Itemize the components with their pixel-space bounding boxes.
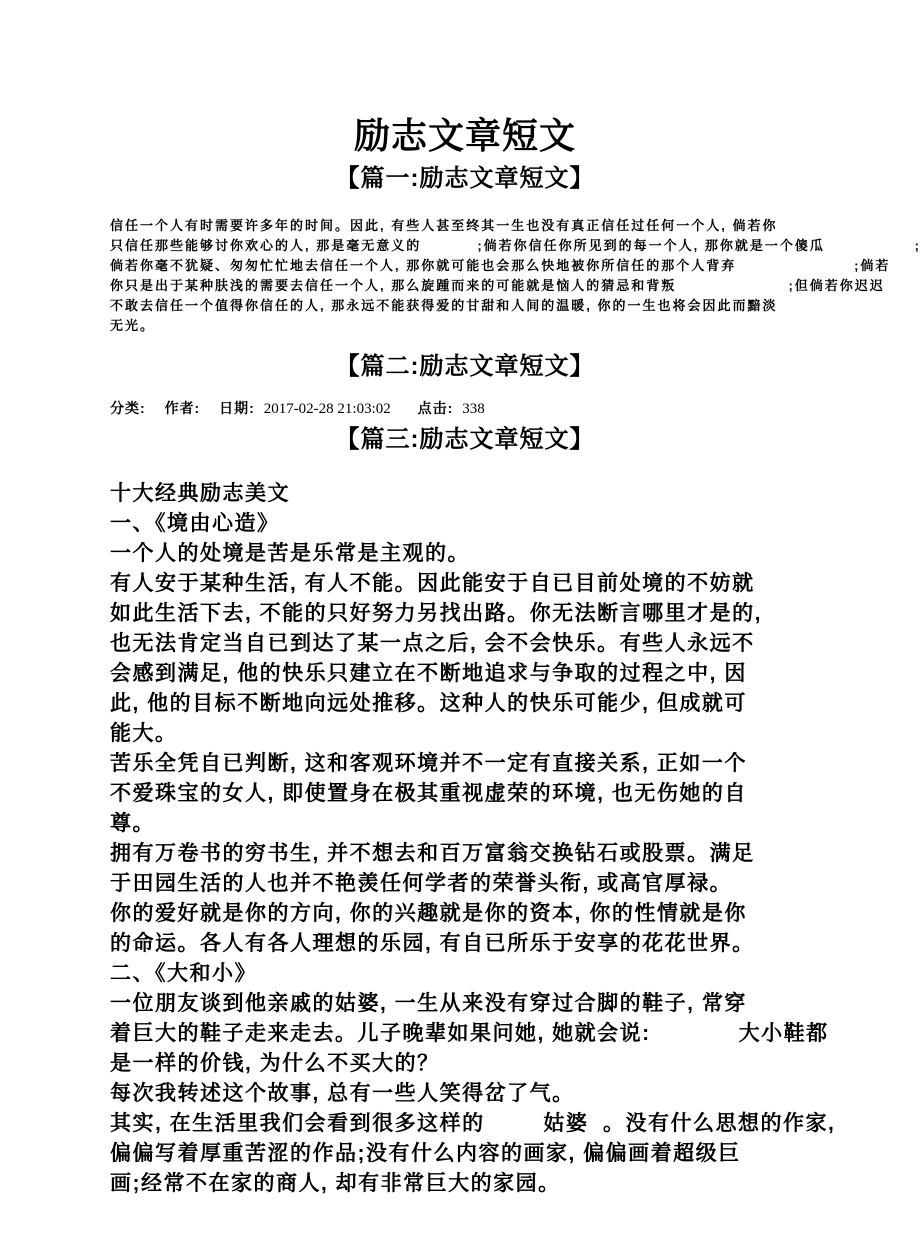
section3-body: 十大经典励志美文一、《境由心造》一个人的处境是苦是乐常是主观的。有人安于某种生活…: [110, 479, 820, 1199]
section3-heading: 【篇三:励志文章短文】: [110, 423, 820, 457]
body-line: 画;经常不在家的商人, 却有非常巨大的家园。: [110, 1169, 820, 1199]
document-page: 励志文章短文 【篇一:励志文章短文】 信任一个人有时需要许多年的时间。因此, 有…: [0, 0, 920, 1253]
document-title: 励志文章短文: [110, 112, 820, 160]
body-line: 二、《大和小》: [110, 959, 820, 989]
clicks-label: 点击:: [418, 400, 454, 416]
date-value: 2017-02-28 21:03:02: [264, 401, 391, 417]
body-line: 能大。: [110, 719, 820, 749]
body-line: 每次我转述这个故事, 总有一些人笑得岔了气。: [110, 1079, 820, 1109]
body-line: 此, 他的目标不断地向远处推移。这种人的快乐可能少, 但成就可: [110, 689, 820, 719]
section1-paragraph: 信任一个人有时需要许多年的时间。因此, 有些人甚至终其一生也没有真正信任过任何一…: [110, 216, 820, 336]
body-line: 一位朋友谈到他亲戚的姑婆, 一生从来没有穿过合脚的鞋子, 常穿: [110, 989, 820, 1019]
body-line: 不爱珠宝的女人, 即使置身在极其重视虚荣的环境, 也无伤她的自: [110, 779, 820, 809]
paragraph-line: 倘若你毫不犹疑、匆匆忙忙地去信任一个人, 那你就可能也会那么快地被你所信任的那个…: [110, 256, 820, 276]
body-line: 一个人的处境是苦是乐常是主观的。: [110, 539, 820, 569]
body-line: 着巨大的鞋子走来走去。儿子晚辈如果问她, 她就会说: 大小鞋都: [110, 1019, 820, 1049]
body-line: 偏偏写着厚重苦涩的作品;没有什么内容的画家, 偏偏画着超级巨: [110, 1139, 820, 1169]
author-label: 作者:: [165, 400, 201, 416]
category-label: 分类:: [110, 400, 146, 416]
body-line: 你的爱好就是你的方向, 你的兴趣就是你的资本, 你的性情就是你: [110, 899, 820, 929]
body-line: 如此生活下去, 不能的只好努力另找出路。你无法断言哪里才是的,: [110, 599, 820, 629]
body-line: 苦乐全凭自已判断, 这和客观环境并不一定有直接关系, 正如一个: [110, 749, 820, 779]
date-label: 日期:: [219, 400, 255, 416]
body-line: 其实, 在生活里我们会看到很多这样的 姑婆 。没有什么思想的作家,: [110, 1109, 820, 1139]
body-line: 会感到满足, 他的快乐只建立在不断地追求与争取的过程之中, 因: [110, 659, 820, 689]
paragraph-line: 不敢去信任一个值得你信任的人, 那永远不能获得爱的甘甜和人间的温暖, 你的一生也…: [110, 296, 820, 316]
section1-heading: 【篇一:励志文章短文】: [110, 162, 820, 196]
paragraph-line: 只信任那些能够讨你欢心的人, 那是毫无意义的 ;倘若你信任你所见到的每一个人, …: [110, 236, 820, 256]
body-line: 一、《境由心造》: [110, 509, 820, 539]
body-line: 是一样的价钱, 为什么不买大的？: [110, 1049, 820, 1079]
body-line: 尊。: [110, 809, 820, 839]
body-line: 拥有万卷书的穷书生, 并不想去和百万富翁交换钻石或股票。满足: [110, 839, 820, 869]
body-line: 有人安于某种生活, 有人不能。因此能安于自已目前处境的不妨就: [110, 569, 820, 599]
body-line: 也无法肯定当自已到达了某一点之后, 会不会快乐。有些人永远不: [110, 629, 820, 659]
body-line: 于田园生活的人也并不艳羡任何学者的荣誉头衔, 或高官厚禄。: [110, 869, 820, 899]
body-line: 十大经典励志美文: [110, 479, 820, 509]
paragraph-line: 信任一个人有时需要许多年的时间。因此, 有些人甚至终其一生也没有真正信任过任何一…: [110, 216, 820, 236]
body-line: 的命运。各人有各人理想的乐园, 有自已所乐于安享的花花世界。: [110, 929, 820, 959]
clicks-value: 338: [462, 401, 485, 417]
paragraph-line: 无光。: [110, 316, 820, 336]
paragraph-line: 你只是出于某种肤浅的需要去信任一个人, 那么旋踵而来的可能就是恼人的猜忌和背叛 …: [110, 276, 820, 296]
section2-heading: 【篇二:励志文章短文】: [110, 350, 820, 384]
article-meta: 分类: 作者: 日期: 2017-02-28 21:03:02 点击: 338: [110, 398, 820, 419]
